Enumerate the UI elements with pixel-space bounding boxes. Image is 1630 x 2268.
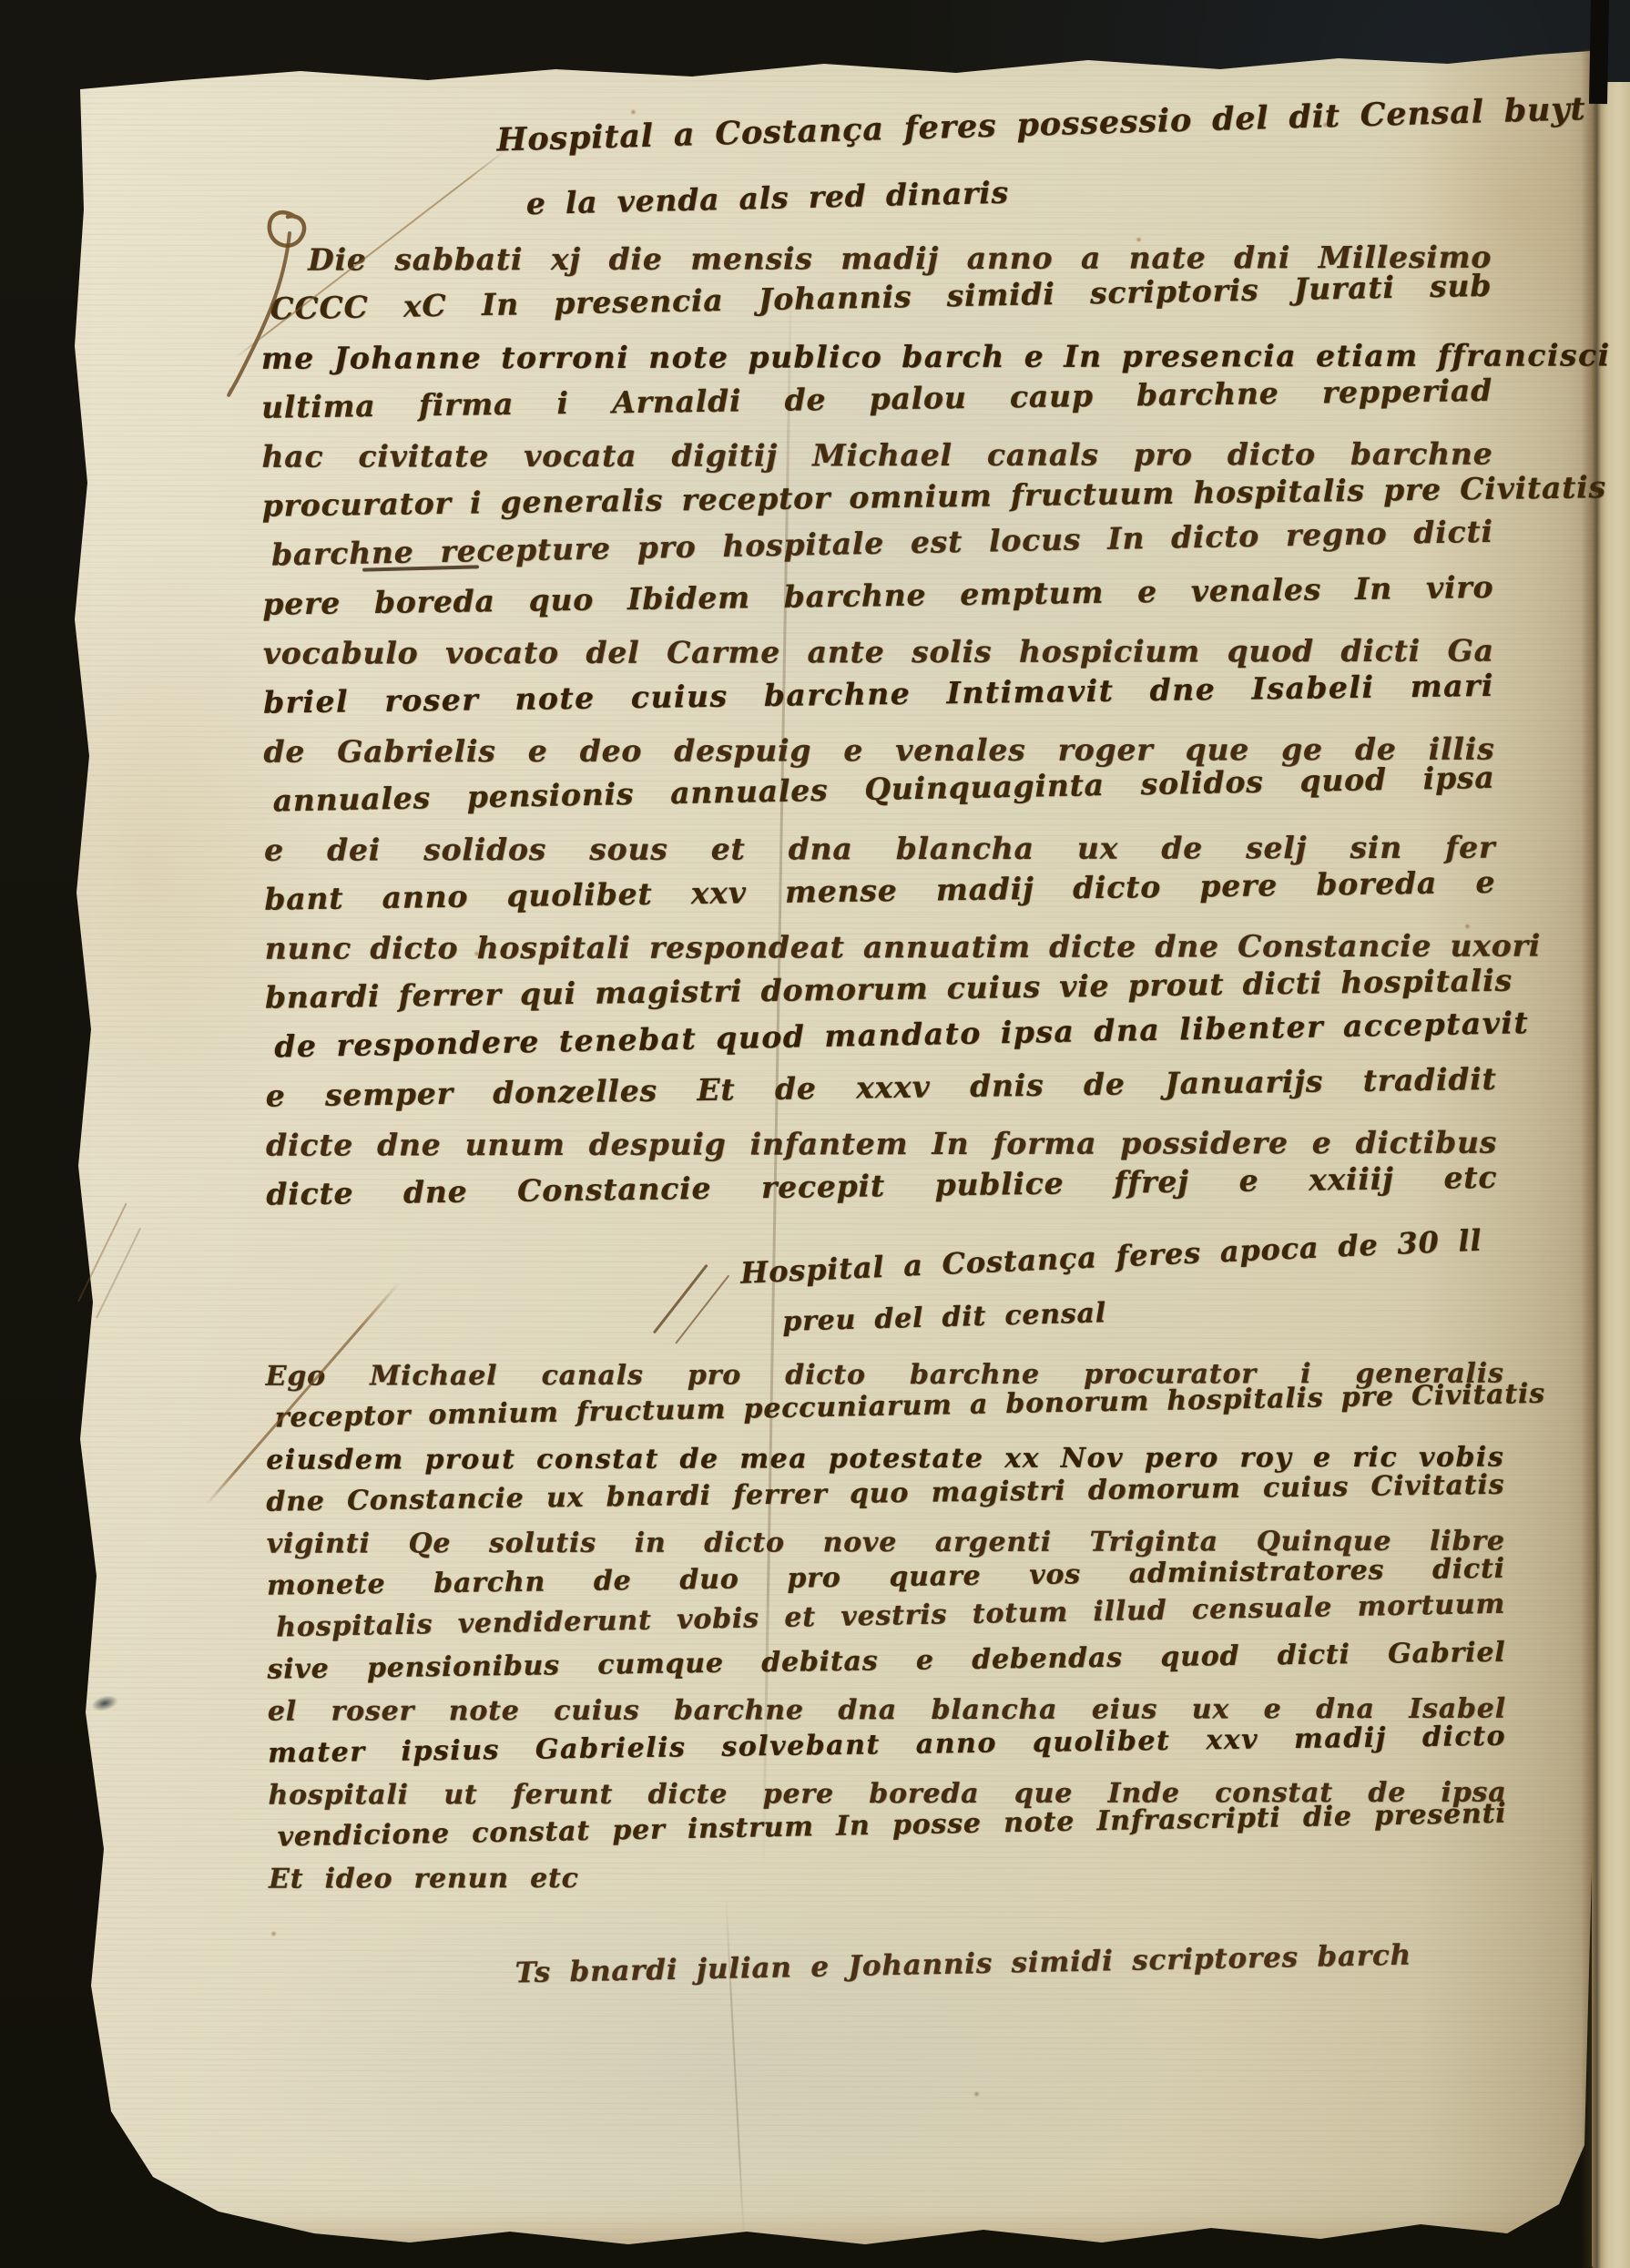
manuscript-photo: Hospital a Costança feres possessio del … [0,0,1630,2268]
stain-speck [474,951,480,956]
stain-speck [630,109,637,115]
entry2-heading-line1: Hospital a Costança feres apoca de 30 ll [739,1230,1323,1290]
entry2-text-block: Ego Michael canals pro dicto barchne pro… [266,1353,1508,1905]
entry1-heading-line1: Hospital a Costança feres possessio del … [496,96,1412,159]
entry2-heading-line2: preu del dit censal [782,1298,1097,1338]
stain-speck [270,1931,277,1936]
paraph-mark [217,202,344,421]
entry1-heading-line2: e la venda als red dinaris [525,176,965,221]
stain-speck [1464,924,1471,929]
manuscript-line: Et ideo renun etc [269,1862,1012,1905]
stain-speck [973,2091,980,2097]
entry1-text-block: Die sabbati xj die mensis madij anno a n… [260,234,1498,1225]
stain-speck [1136,237,1142,242]
stain-speck [1322,122,1329,128]
witness-line: Ts bnardi julian e Johannis simidi scrip… [514,1940,1340,1989]
